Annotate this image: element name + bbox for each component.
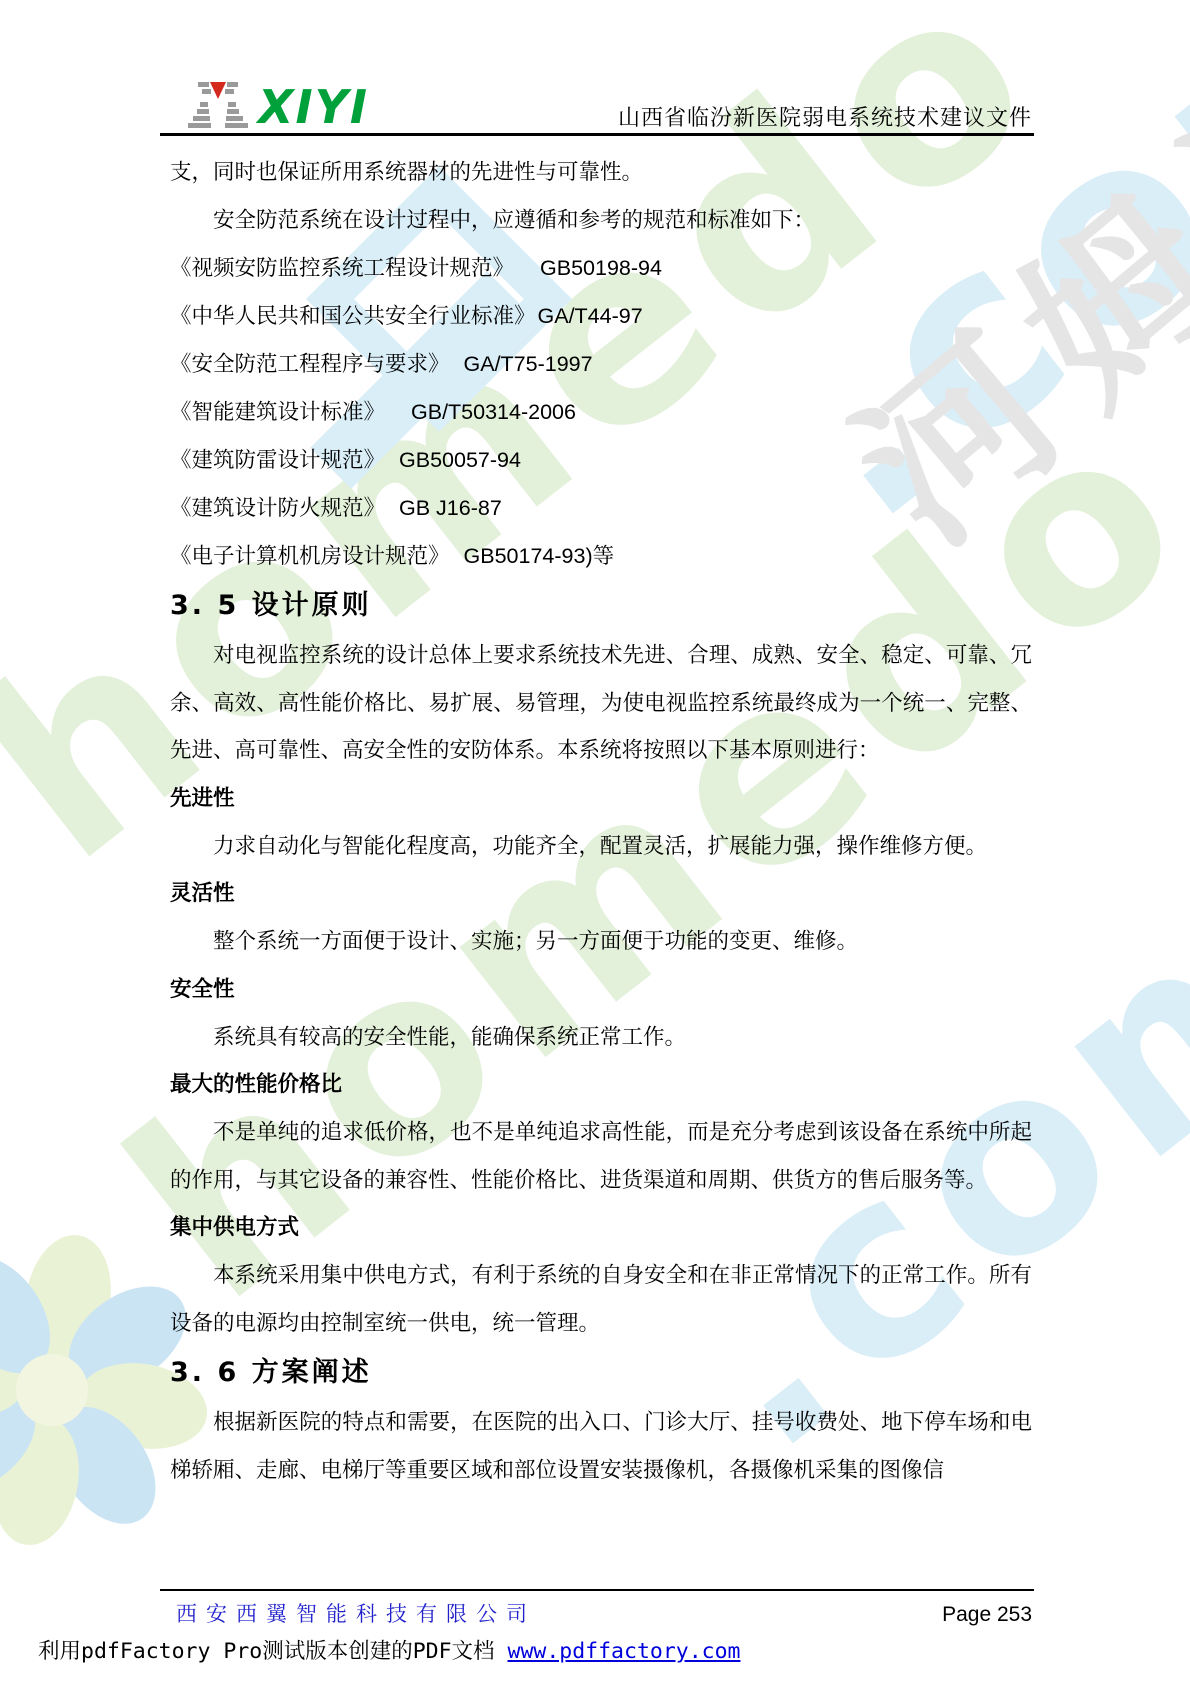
principle-heading: 先进性 [170, 775, 1032, 823]
standard-item: 《电子计算机机房设计规范》GB50174-93)等 [170, 532, 1032, 580]
principle-body: 系统具有较高的安全性能，能确保系统正常工作。 [170, 1014, 1032, 1062]
xiyi-logo: XIYI [186, 78, 369, 136]
standard-name: 《中华人民共和国公共安全行业标准》 [170, 304, 536, 328]
intro-line-2: 安全防范系统在设计过程中，应遵循和参考的规范和标准如下： [170, 196, 1032, 244]
principle-heading: 最大的性能价格比 [170, 1061, 1032, 1109]
section-3-6-paragraph: 根据新医院的特点和需要，在医院的出入口、门诊大厅、挂号收费处、地下停车场和电梯轿… [170, 1399, 1032, 1494]
standard-item: 《智能建筑设计标准》GB/T50314-2006 [170, 388, 1032, 436]
standard-name: 《安全防范工程程序与要求》 [170, 352, 450, 376]
footer-rule [160, 1589, 1034, 1591]
document-header-title: 山西省临汾新医院弱电系统技术建议文件 [618, 101, 1032, 132]
principle-heading: 灵活性 [170, 870, 1032, 918]
section-heading-3-6: 3. 6 方案阐述 [170, 1347, 1032, 1399]
section-heading-3-5: 3. 5 设计原则 [170, 580, 1032, 632]
principle-body: 力求自动化与智能化程度高，功能齐全，配置灵活，扩展能力强，操作维修方便。 [170, 823, 1032, 871]
principle-body: 整个系统一方面便于设计、实施；另一方面便于功能的变更、维修。 [170, 918, 1032, 966]
standard-code: GB/T50314-2006 [411, 400, 576, 424]
standard-code: GB50057-94 [399, 448, 521, 472]
footer: 西安西翼智能科技有限公司 Page 253 [176, 1598, 1032, 1628]
standard-code: GB J16-87 [399, 496, 502, 520]
intro-line-1: 支，同时也保证所用系统器材的先进性与可靠性。 [170, 148, 1032, 196]
standard-item: 《视频安防监控系统工程设计规范》GB50198-94 [170, 244, 1032, 292]
standard-item: 《建筑设计防火规范》GB J16-87 [170, 484, 1032, 532]
principle-heading: 集中供电方式 [170, 1204, 1032, 1252]
principle-body: 本系统采用集中供电方式，有利于系统的自身安全和在非正常情况下的正常工作。所有设备… [170, 1252, 1032, 1347]
pdf-factory-link[interactable]: www.pdffactory.com [508, 1639, 741, 1664]
standard-name: 《智能建筑设计标准》 [170, 400, 385, 424]
standard-item: 《中华人民共和国公共安全行业标准》GA/T44-97 [170, 292, 1032, 340]
standard-name: 《视频安防监控系统工程设计规范》 [170, 256, 514, 280]
standard-code: GB50174-93)等 [464, 544, 615, 568]
standards-list: 《视频安防监控系统工程设计规范》GB50198-94 《中华人民共和国公共安全行… [170, 244, 1032, 580]
standard-code: GA/T75-1997 [464, 352, 593, 376]
xiyi-logo-icon [186, 78, 250, 136]
footer-company-name: 西安西翼智能科技有限公司 [176, 1598, 536, 1628]
xiyi-logo-text: XIYI [258, 84, 369, 130]
logo-red-triangle [210, 82, 226, 99]
pdf-factory-notice-text: 利用pdfFactory Pro测试版本创建的PDF文档 [38, 1639, 508, 1664]
header-rule [160, 133, 1034, 136]
standard-name: 《建筑防雷设计规范》 [170, 448, 385, 472]
standard-code: GB50198-94 [540, 256, 662, 280]
principle-body: 不是单纯的追求低价格，也不是单纯追求高性能，而是充分考虑到该设备在系统中所起的作… [170, 1109, 1032, 1204]
standard-item: 《安全防范工程程序与要求》GA/T75-1997 [170, 340, 1032, 388]
section-3-5-paragraph: 对电视监控系统的设计总体上要求系统技术先进、合理、成熟、安全、稳定、可靠、冗余、… [170, 632, 1032, 775]
principle-heading: 安全性 [170, 966, 1032, 1014]
pdf-factory-notice: 利用pdfFactory Pro测试版本创建的PDF文档 www.pdffact… [38, 1634, 741, 1665]
footer-page-number: Page 253 [942, 1603, 1032, 1627]
standard-name: 《电子计算机机房设计规范》 [170, 544, 450, 568]
document-page: { "header": { "logo_text": "XIYI", "titl… [0, 0, 1190, 1684]
standard-item: 《建筑防雷设计规范》GB50057-94 [170, 436, 1032, 484]
standard-name: 《建筑设计防火规范》 [170, 496, 385, 520]
document-body: 支，同时也保证所用系统器材的先进性与可靠性。 安全防范系统在设计过程中，应遵循和… [170, 148, 1032, 1494]
standard-code: GA/T44-97 [538, 304, 643, 328]
